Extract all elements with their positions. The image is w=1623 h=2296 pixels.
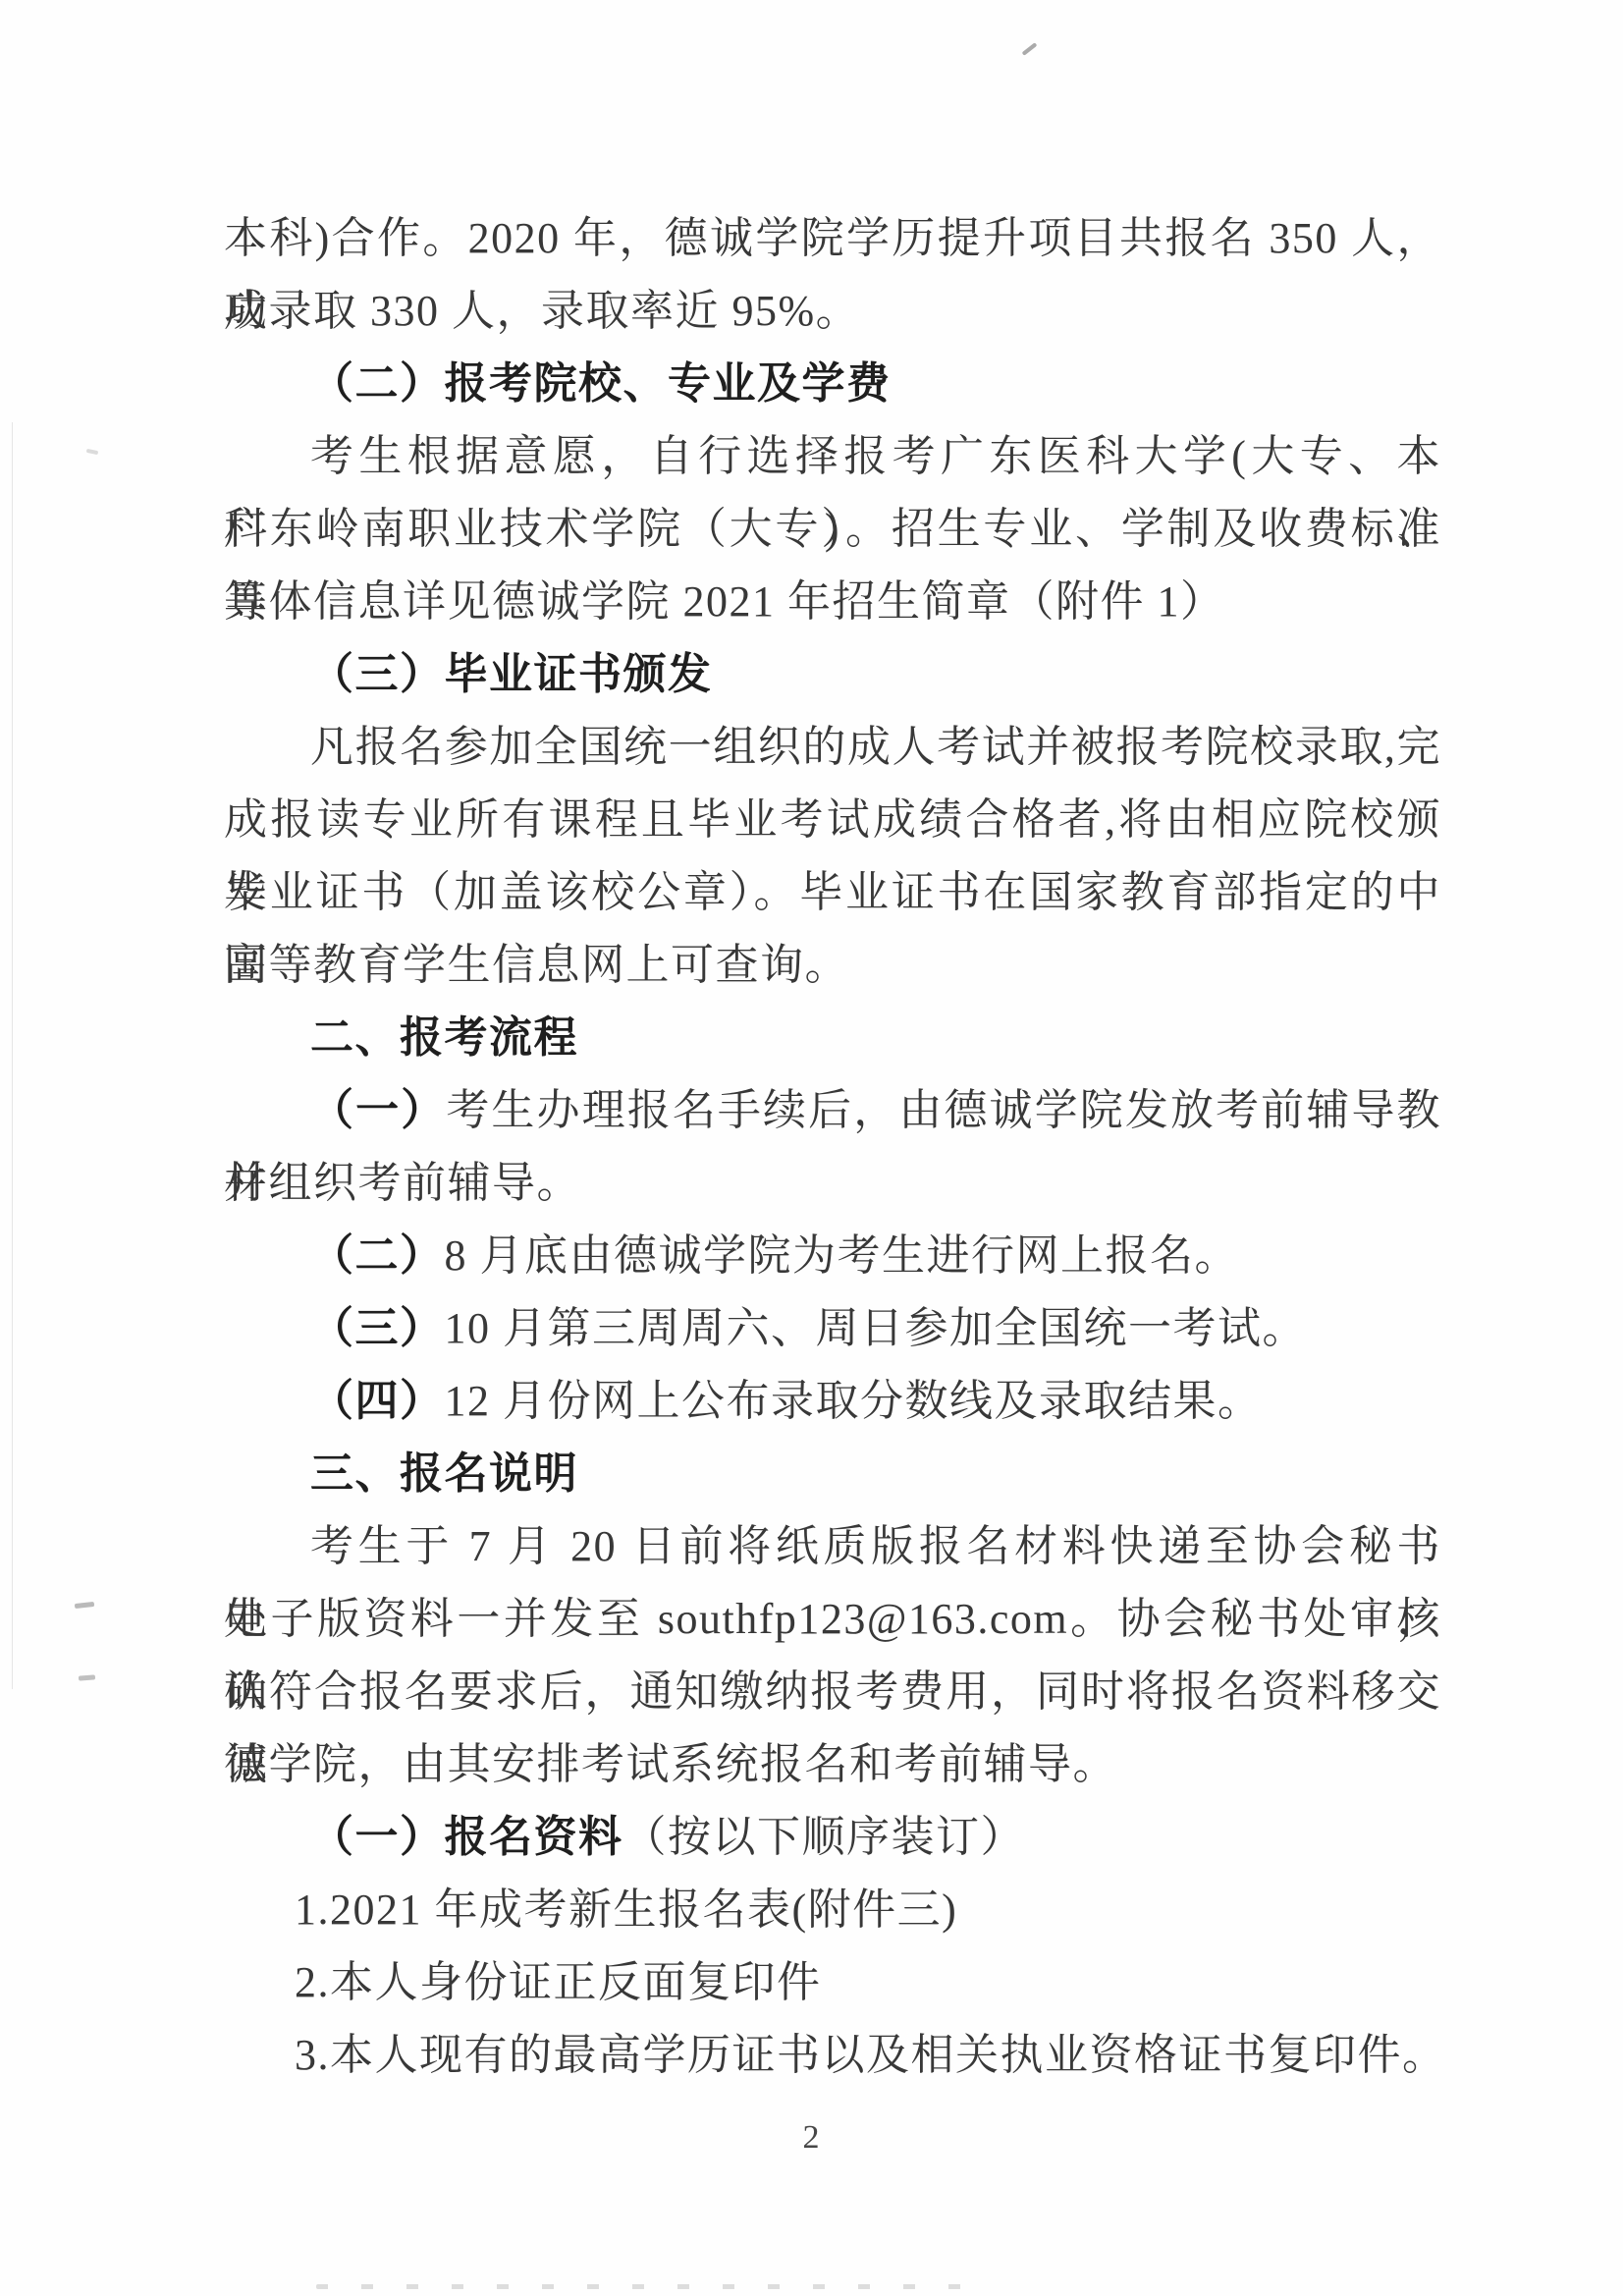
bold-run: 二、报考流程	[310, 1013, 578, 1062]
text-run: 1.2021 年成考新生报名表(附件三)	[295, 1886, 957, 1934]
text-line: 电子版资料一并发至 southfp123@163.com。协会秘书处审核确	[224, 1583, 1441, 1656]
text-line: 考生于 7 月 20 日前将纸质版报名材料快递至协会秘书处，	[224, 1510, 1441, 1583]
text-line: （四）12 月份网上公布录取分数线及录取结果。	[224, 1365, 1441, 1438]
page-number: 2	[0, 2119, 1623, 2157]
bold-run: （二）报考院校、专业及学费	[310, 359, 892, 408]
bold-run: （三）	[310, 1304, 445, 1352]
text-run: 功录取 330 人，录取率近 95%。	[224, 287, 860, 335]
document-body: 本科)合作。2020 年，德诚学院学历提升项目共报名 350 人，成功录取 33…	[224, 202, 1441, 2092]
text-run: 2.本人身份证正反面复印件	[295, 1958, 822, 2006]
text-line: 广东岭南职业技术学院（大专）。招生专业、学制及收费标准等	[224, 493, 1441, 566]
text-run: 具体信息详见德诚学院 2021 年招生简章（附件 1）	[224, 577, 1225, 626]
section-heading: 二、报考流程	[224, 1002, 1441, 1074]
bold-run: （二）	[310, 1231, 445, 1280]
text-line: 高等教育学生信息网上可查询。	[224, 929, 1441, 1002]
text-line: 功录取 330 人，录取率近 95%。	[224, 275, 1441, 348]
text-run: 高等教育学生信息网上可查询。	[224, 941, 849, 989]
text-line: 毕业证书（加盖该校公章）。毕业证书在国家教育部指定的中国	[224, 856, 1441, 929]
text-line: 凡报名参加全国统一组织的成人考试并被报考院校录取,完	[224, 711, 1441, 784]
text-line: 并组织考前辅导。	[224, 1147, 1441, 1220]
text-run: （按以下顺序装订）	[623, 1813, 1026, 1861]
bold-run: （一）	[310, 1086, 446, 1134]
text-line: 2.本人身份证正反面复印件	[224, 1946, 1441, 2019]
text-line: 1.2021 年成考新生报名表(附件三)	[224, 1874, 1441, 1946]
text-line: 3.本人现有的最高学历证书以及相关执业资格证书复印件。	[224, 2019, 1441, 2092]
scan-smudge-icon	[1022, 42, 1038, 56]
text-run: 3.本人现有的最高学历证书以及相关执业资格证书复印件。	[295, 2031, 1447, 2079]
bold-run: 三、报名说明	[310, 1449, 578, 1498]
bold-run: （三）毕业证书颁发	[310, 650, 713, 698]
scanned-document-page: 本科)合作。2020 年，德诚学院学历提升项目共报名 350 人，成功录取 33…	[0, 0, 1623, 2296]
text-run: 凡报名参加全国统一组织的成人考试并被报考院校录取,完	[310, 723, 1441, 771]
text-run: 10 月第三周周六、周日参加全国统一考试。	[445, 1304, 1308, 1352]
scan-edge-line	[12, 422, 13, 1689]
section-heading: （二）报考院校、专业及学费	[224, 348, 1441, 420]
text-line: （二）8 月底由德诚学院为考生进行网上报名。	[224, 1220, 1441, 1292]
bold-run: （一）报名资料	[310, 1813, 623, 1861]
scan-speck	[75, 1602, 94, 1609]
section-heading: （三）毕业证书颁发	[224, 638, 1441, 711]
text-line: （三）10 月第三周周六、周日参加全国统一考试。	[224, 1292, 1441, 1365]
scan-speck	[79, 1674, 95, 1680]
text-line: 成报读专业所有课程且毕业考试成绩合格者,将由相应院校颁发	[224, 784, 1441, 856]
text-line: （一）报名资料（按以下顺序装订）	[224, 1801, 1441, 1874]
text-run: 并组织考前辅导。	[224, 1159, 581, 1207]
text-line: 认符合报名要求后，通知缴纳报考费用，同时将报名资料移交德	[224, 1656, 1441, 1728]
text-line: 具体信息详见德诚学院 2021 年招生简章（附件 1）	[224, 566, 1441, 638]
text-run: 诚学院，由其安排考试系统报名和考前辅导。	[224, 1740, 1117, 1788]
text-line: 考生根据意愿，自行选择报考广东医科大学(大专、本科)、	[224, 420, 1441, 493]
scan-bottom-artifacts	[316, 2284, 994, 2289]
text-line: （一）考生办理报名手续后，由德诚学院发放考前辅导教材	[224, 1074, 1441, 1147]
text-run: 12 月份网上公布录取分数线及录取结果。	[445, 1377, 1263, 1425]
section-heading: 三、报名说明	[224, 1438, 1441, 1510]
text-line: 本科)合作。2020 年，德诚学院学历提升项目共报名 350 人，成	[224, 202, 1441, 275]
text-line: 诚学院，由其安排考试系统报名和考前辅导。	[224, 1728, 1441, 1801]
bold-run: （四）	[310, 1377, 445, 1425]
text-run: 8 月底由德诚学院为考生进行网上报名。	[445, 1231, 1240, 1280]
scan-speck	[86, 449, 99, 455]
